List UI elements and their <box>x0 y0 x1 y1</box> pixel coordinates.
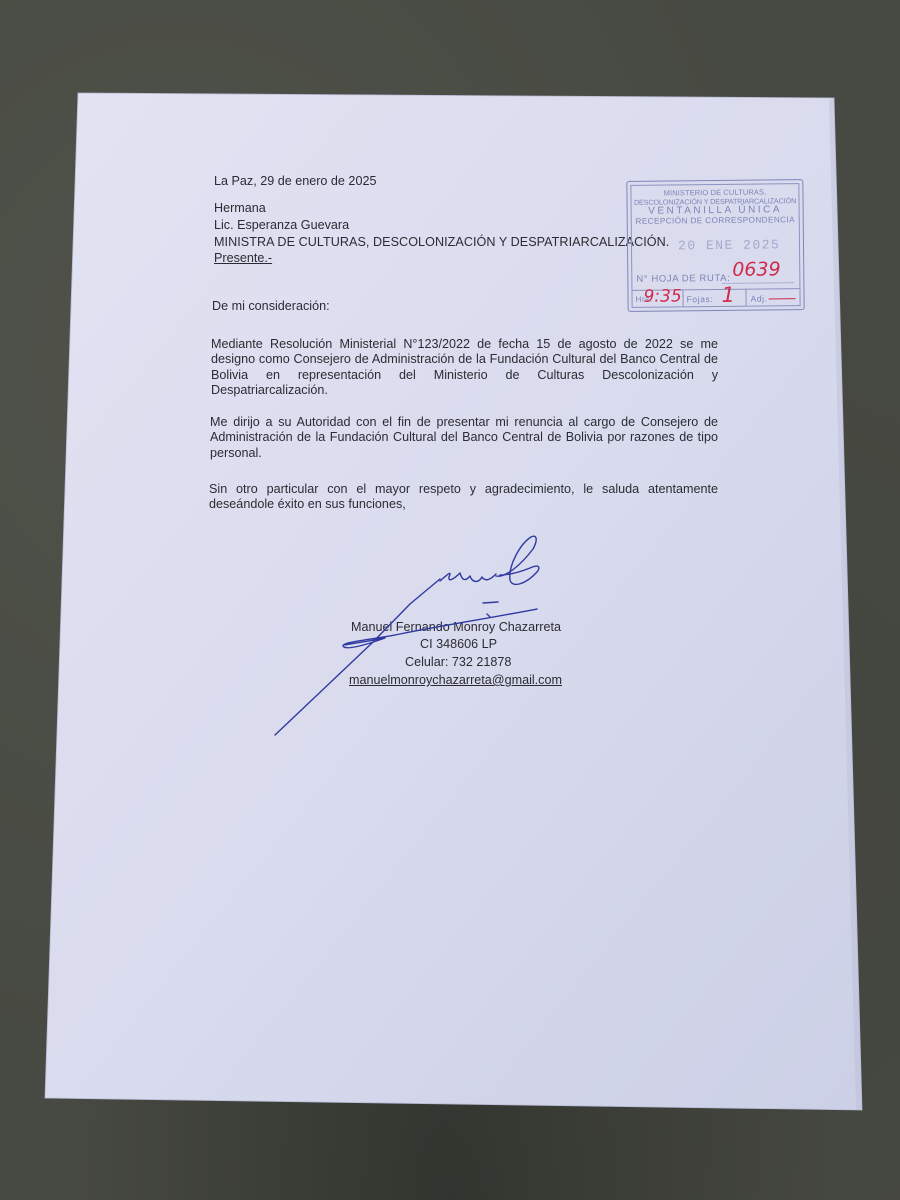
reception-stamp: MINISTERIO DE CULTURAS, DESCOLONIZACIÓN … <box>626 179 804 312</box>
stamp-reception: RECEPCIÓN DE CORRESPONDENCIA <box>632 215 799 226</box>
hoja-de-ruta-value: 0639 <box>732 258 781 281</box>
stamp-cell-adjuntos: Adj. <box>746 288 799 306</box>
recipient-title: MINISTRA DE CULTURAS, DESCOLONIZACIÓN Y … <box>214 235 669 251</box>
paragraph-resignation: Me dirijo a su Autoridad con el fin de p… <box>210 415 718 461</box>
recipient-salutation: Hermana <box>214 201 266 217</box>
signer-phone: Celular: 732 21878 <box>405 655 511 671</box>
place-date: La Paz, 29 de enero de 2025 <box>214 174 376 190</box>
adjuntos-dash-mark <box>769 298 796 299</box>
signer-ci: CI 348606 LP <box>420 637 497 653</box>
stamp-cell-hours: Hrs. 9:35 <box>632 289 683 307</box>
presente-label: Presente.- <box>214 251 272 267</box>
fojas-value: 1 <box>721 283 735 307</box>
hoja-de-ruta-label: N° HOJA DE RUTA: <box>636 273 730 285</box>
greeting: De mi consideración: <box>212 299 330 315</box>
signer-name: Manuel Fernando Monroy Chazarreta <box>351 620 561 636</box>
hours-value: 9:35 <box>643 286 681 306</box>
adjuntos-label: Adj. <box>751 293 768 303</box>
signer-email[interactable]: manuelmonroychazarreta@gmail.com <box>349 673 562 689</box>
stamp-row-details: Hrs. 9:35 Fojas: 1 Adj. <box>632 288 799 307</box>
paragraph-appointment: Mediante Resolución Ministerial N°123/20… <box>211 337 718 398</box>
fojas-label: Fojas: <box>687 294 714 304</box>
stamp-inner-border: MINISTERIO DE CULTURAS, DESCOLONIZACIÓN … <box>630 183 800 308</box>
recipient-name: Lic. Esperanza Guevara <box>214 218 349 234</box>
stamp-date: 20 ENE 2025 <box>678 237 780 253</box>
stamp-cell-fojas: Fojas: 1 <box>683 289 746 307</box>
paragraph-closing: Sin otro particular con el mayor respeto… <box>209 482 718 513</box>
